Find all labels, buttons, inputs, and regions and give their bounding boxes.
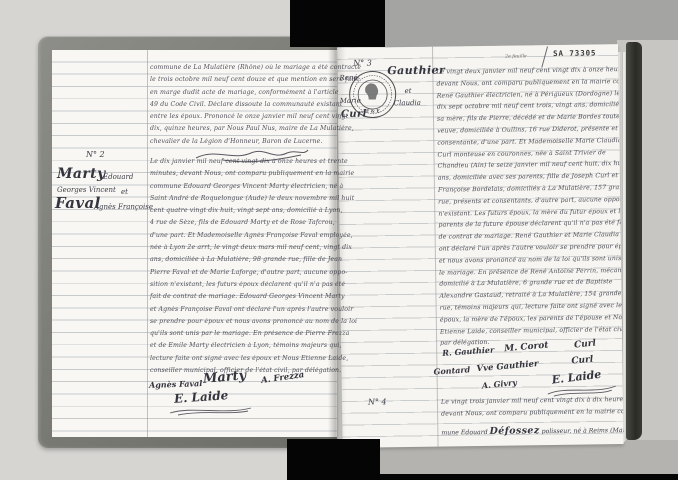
- right-page: 2e feuille SA 73305 N° 3 René F & E Gaut…: [337, 44, 624, 448]
- handwritten-line: 49 du Code Civil. Déclare dissoute la co…: [150, 101, 361, 113]
- scan-artifact-top: [290, 0, 385, 47]
- act4-line3-suffix: polisseur, né à Reims (Marne): [540, 426, 624, 434]
- handwritten-line: le trois octobre mil neuf cent douze et …: [150, 76, 361, 88]
- handwritten-line: sition n'existant, les futurs époux décl…: [150, 281, 357, 293]
- signature-vve-gauthier: Vve Gauthier: [476, 359, 539, 374]
- signature-r-gauthier: R. Gauthier: [442, 344, 494, 357]
- handwritten-line: cent quatre vingt dix huit, vingt sept a…: [150, 207, 357, 219]
- signature-agnes-faval: Agnès Faval: [149, 378, 203, 390]
- handwritten-line: née à Lyon 2e arrt, le vingt deux mars m…: [150, 244, 357, 256]
- act1-closing-text: commune de La Mulatière (Rhône) où le ma…: [150, 64, 361, 150]
- act2-bride-firstnames: Agnès Françoise: [94, 203, 153, 211]
- handwritten-line: commune de La Mulatière (Rhône) où le ma…: [150, 64, 361, 76]
- seal-monogram: F & E: [366, 108, 380, 114]
- handwritten-line: qu'ils sont unis par le mariage. En prés…: [150, 330, 357, 342]
- sheet-number-note: 2e feuille: [505, 54, 527, 59]
- handwritten-line: conseiller municipal, officier de l'état…: [150, 367, 357, 379]
- handwritten-line: Pierre Faval et de Marie Laforge, d'autr…: [150, 269, 357, 281]
- act2-groom-firstname: Edouard: [103, 173, 133, 181]
- act4-number: N° 4: [368, 397, 387, 406]
- scan-artifact-bottom: [287, 439, 380, 480]
- handwritten-line: dix, quinze heures, par Nous Paul Nus, m…: [150, 125, 361, 137]
- signature-gontard: Gontard: [433, 364, 470, 376]
- act2-groom-surname: Marty: [57, 166, 106, 182]
- handwritten-line: ans, domiciliée à La Mulatière, 98 grand…: [150, 256, 357, 268]
- scan-artifact-bottom-strip: [377, 474, 678, 480]
- act2-conjunction: et: [121, 188, 128, 196]
- handwritten-line: lecture faite ont signé avec les époux e…: [150, 355, 357, 367]
- handwritten-line: Le dix janvier mil neuf cent vingt dix à…: [150, 158, 357, 170]
- book-cover-right: [626, 42, 642, 440]
- act3-bride-firstname-2: Claudia: [394, 99, 421, 107]
- act2-groom-othernames: Georges Vincent: [57, 186, 116, 194]
- act3-body-text: Le vingt deux janvier mil neuf cent ving…: [436, 64, 623, 350]
- handwritten-line: mune Edouard Défossez polisseur, né à Re…: [441, 416, 623, 438]
- handwritten-line: Saint André de Roquelongue (Aude) le deu…: [150, 195, 357, 207]
- handwritten-line: se prendre pour époux et nous avons pron…: [150, 318, 357, 330]
- act4-groom-surname: Défossez: [490, 425, 540, 437]
- signature-underline-flourish-icon: [168, 406, 254, 416]
- handwritten-line: et Agnès Françoise Faval ont déclaré l'u…: [150, 306, 357, 318]
- handwritten-line: entre les époux. Prononcé le onze janvie…: [150, 113, 361, 125]
- handwritten-line: minutes, devant Nous, ont comparu publiq…: [150, 170, 357, 182]
- signature-a-givry: A. Givry: [481, 377, 517, 391]
- handwritten-line: fait de contrat de mariage. Edouard Geor…: [150, 293, 357, 305]
- signature-curl-2: Curl: [571, 355, 594, 367]
- handwritten-line: 4 rue de Sèze, fils de Edouard Marty et …: [150, 219, 357, 231]
- act2-body-text: Le dix janvier mil neuf cent vingt dix à…: [150, 158, 357, 379]
- handwritten-line: et de Emile Marty électricien à Lyon, té…: [150, 342, 357, 354]
- handwritten-line: en marge dudit acte de mariage, conformé…: [150, 89, 361, 101]
- archive-serial-stamp: SA 73305: [553, 48, 596, 58]
- act4-line3-prefix: mune Edouard: [441, 428, 489, 436]
- signature-curl-1: Curl: [574, 338, 597, 350]
- act2-number: N° 2: [86, 150, 105, 159]
- register-scan: commune de La Mulatière (Rhône) où le ma…: [0, 0, 678, 480]
- handwritten-line: d'une part. Et Mademoiselle Agnès Franço…: [150, 232, 357, 244]
- handwritten-line: commune Edouard Georges Vincent Marty él…: [150, 183, 357, 195]
- act3-conjunction: et: [405, 87, 412, 95]
